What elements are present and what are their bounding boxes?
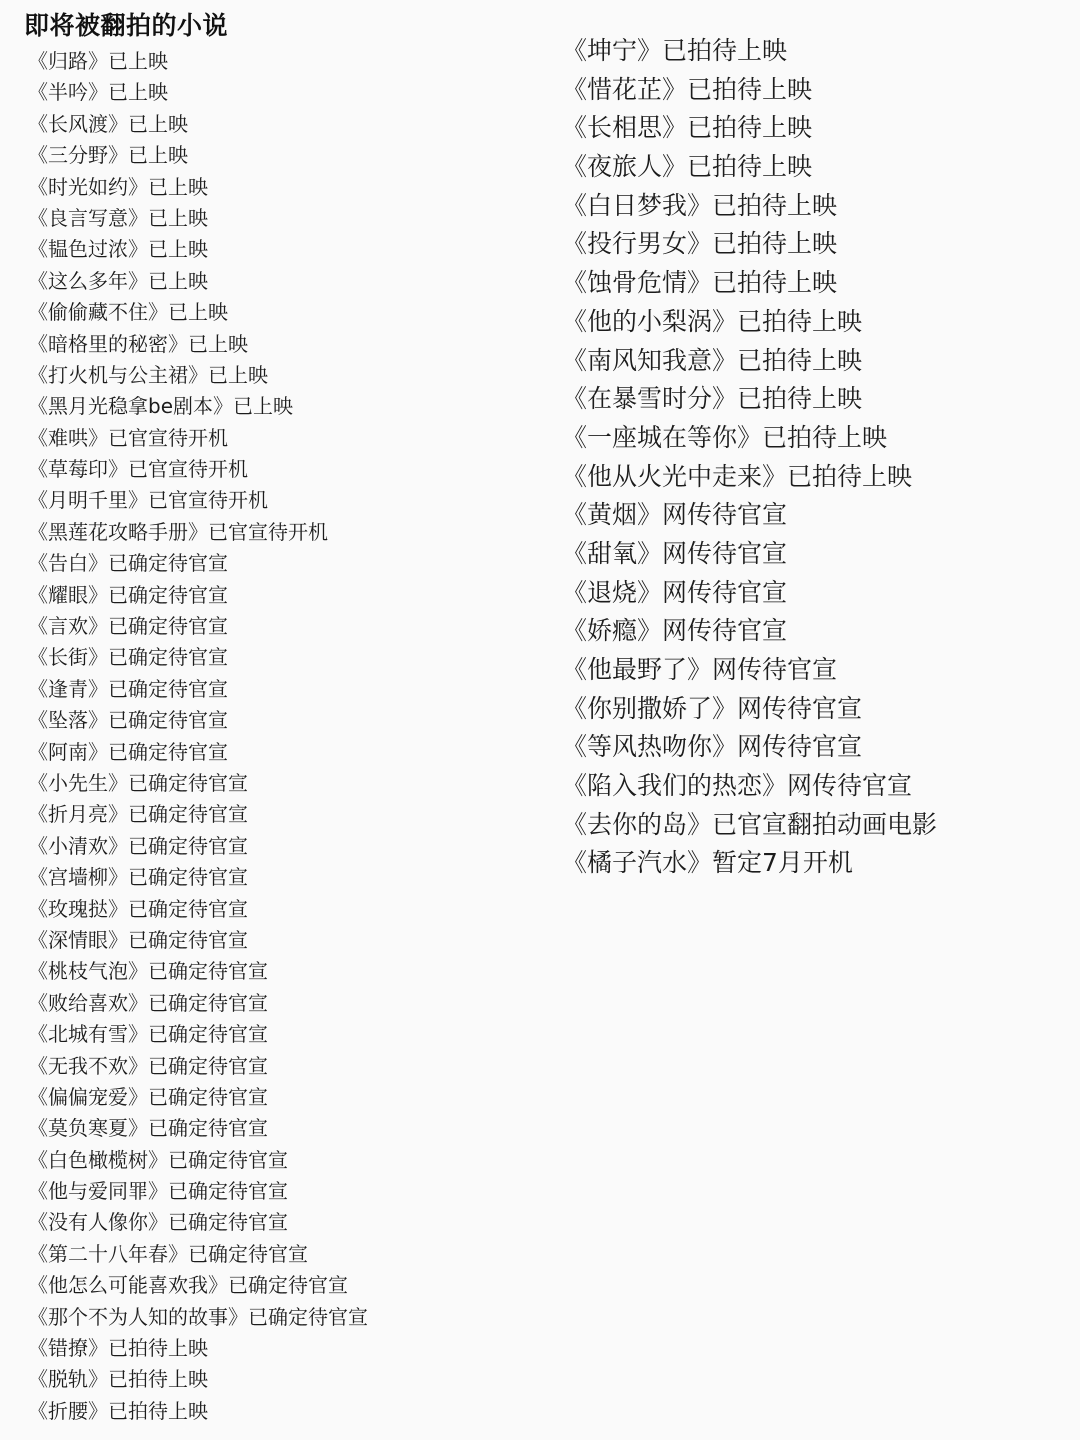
- novel-title: 《韫色过浓》: [28, 237, 148, 261]
- adaptation-status: 已拍待上映: [737, 384, 862, 413]
- adaptation-status: 已拍待上映: [712, 191, 837, 220]
- adaptation-status: 已确定待官宣: [128, 802, 248, 826]
- adaptation-status: 已确定待官宣: [168, 1148, 288, 1172]
- novel-list-item: 《月明千里》已官宣待开机: [28, 485, 528, 516]
- novel-list-item: 《黑莲花攻略手册》已官宣待开机: [28, 517, 528, 548]
- adaptation-status: 已上映: [128, 112, 188, 136]
- adaptation-status: 已拍待上映: [108, 1336, 208, 1360]
- novel-title: 《在暴雪时分》: [562, 384, 737, 413]
- novel-title: 《甜氧》: [562, 539, 662, 568]
- adaptation-status: 已上映: [108, 80, 168, 104]
- adaptation-status: 已确定待官宣: [128, 865, 248, 889]
- novel-title: 《等风热吻你》: [562, 732, 737, 761]
- adaptation-status: 已确定待官宣: [128, 897, 248, 921]
- novel-list-item: 《南风知我意》已拍待上映: [562, 342, 1062, 381]
- adaptation-status: 网传待官宣: [662, 578, 787, 607]
- novel-list-item: 《第二十八年春》已确定待官宣: [28, 1239, 528, 1270]
- novel-list-item: 《娇瘾》网传待官宣: [562, 612, 1062, 651]
- novel-title: 《折月亮》: [28, 802, 128, 826]
- novel-title: 《宫墙柳》: [28, 865, 128, 889]
- adaptation-status: 已确定待官宣: [108, 740, 228, 764]
- novel-title: 《告白》: [28, 551, 108, 575]
- novel-list-item: 《偏偏宠爱》已确定待官宣: [28, 1082, 528, 1113]
- novel-title: 《莫负寒夏》: [28, 1116, 148, 1140]
- novel-title: 《北城有雪》: [28, 1022, 148, 1046]
- novel-list-item: 《你别撒娇了》网传待官宣: [562, 690, 1062, 729]
- novel-title: 《偏偏宠爱》: [28, 1085, 148, 1109]
- page-title: 即将被翻拍的小说: [24, 10, 228, 42]
- novel-title: 《小先生》: [28, 771, 128, 795]
- novel-list-item: 《桃枝气泡》已确定待官宣: [28, 956, 528, 987]
- novel-list-item: 《脱轨》已拍待上映: [28, 1364, 528, 1395]
- novel-title: 《夜旅人》: [562, 152, 687, 181]
- novel-list-item: 《小先生》已确定待官宣: [28, 768, 528, 799]
- novel-title: 《他的小梨涡》: [562, 307, 737, 336]
- adaptation-status: 已上映: [208, 363, 268, 387]
- adaptation-status: 已拍待上映: [737, 307, 862, 336]
- novel-list-item: 《长相思》已拍待上映: [562, 109, 1062, 148]
- novel-list-item: 《宫墙柳》已确定待官宣: [28, 862, 528, 893]
- novel-title: 《坠落》: [28, 708, 108, 732]
- novel-list-item: 《折腰》已拍待上映: [28, 1396, 528, 1427]
- adaptation-status: 网传待官宣: [662, 616, 787, 645]
- novel-title: 《逢青》: [28, 677, 108, 701]
- novel-title: 《蚀骨危情》: [562, 268, 712, 297]
- novel-list-item: 《白色橄榄树》已确定待官宣: [28, 1145, 528, 1176]
- adaptation-status: 已上映: [108, 49, 168, 73]
- adaptation-status: 已确定待官宣: [108, 708, 228, 732]
- adaptation-status: 暂定7月开机: [712, 848, 853, 877]
- adaptation-status: 已上映: [148, 269, 208, 293]
- novel-title: 《长风渡》: [28, 112, 128, 136]
- novel-list-item: 《夜旅人》已拍待上映: [562, 148, 1062, 187]
- novel-list-item: 《他最野了》网传待官宣: [562, 651, 1062, 690]
- novel-title: 《那个不为人知的故事》: [28, 1305, 248, 1329]
- novel-list-item: 《长街》已确定待官宣: [28, 642, 528, 673]
- adaptation-status: 已确定待官宣: [128, 771, 248, 795]
- adaptation-status: 已确定待官宣: [188, 1242, 308, 1266]
- novel-list-item: 《暗格里的秘密》已上映: [28, 329, 528, 360]
- novel-title: 《言欢》: [28, 614, 108, 638]
- novel-list-item: 《打火机与公主裙》已上映: [28, 360, 528, 391]
- adaptation-status: 已确定待官宣: [108, 551, 228, 575]
- novel-title: 《一座城在等你》: [562, 423, 762, 452]
- adaptation-status: 已拍待上映: [712, 229, 837, 258]
- adaptation-status: 已确定待官宣: [148, 991, 268, 1015]
- novel-list-item: 《那个不为人知的故事》已确定待官宣: [28, 1302, 528, 1333]
- adaptation-status: 已确定待官宣: [168, 1179, 288, 1203]
- adaptation-status: 已官宣翻拍动画电影: [712, 810, 937, 839]
- adaptation-status: 网传待官宣: [787, 771, 912, 800]
- novel-list-item: 《惜花芷》已拍待上映: [562, 71, 1062, 110]
- novel-list-item: 《难哄》已官宣待开机: [28, 423, 528, 454]
- adaptation-status: 已确定待官宣: [148, 1116, 268, 1140]
- novel-title: 《深情眼》: [28, 928, 128, 952]
- novel-title: 《黑莲花攻略手册》: [28, 520, 208, 544]
- adaptation-status: 已确定待官宣: [108, 677, 228, 701]
- adaptation-status: 已确定待官宣: [168, 1210, 288, 1234]
- novel-list-item: 《韫色过浓》已上映: [28, 234, 528, 265]
- novel-list-item: 《长风渡》已上映: [28, 109, 528, 140]
- novel-list-item: 《耀眼》已确定待官宣: [28, 580, 528, 611]
- adaptation-status: 已上映: [233, 394, 293, 418]
- adaptation-status: 已拍待上映: [737, 346, 862, 375]
- adaptation-status: 已拍待上映: [108, 1367, 208, 1391]
- adaptation-status: 网传待官宣: [737, 694, 862, 723]
- adaptation-status: 已确定待官宣: [148, 1022, 268, 1046]
- novel-title: 《橘子汽水》: [562, 848, 712, 877]
- novel-list-item: 《坤宁》已拍待上映: [562, 32, 1062, 71]
- novel-list-item: 《北城有雪》已确定待官宣: [28, 1019, 528, 1050]
- left-novel-list: 《归路》已上映《半吟》已上映《长风渡》已上映《三分野》已上映《时光如约》已上映《…: [28, 46, 528, 1427]
- adaptation-status: 网传待官宣: [662, 500, 787, 529]
- novel-list-item: 《白日梦我》已拍待上映: [562, 187, 1062, 226]
- novel-list-item: 《黑月光稳拿be剧本》已上映: [28, 391, 528, 422]
- novel-list-item: 《他怎么可能喜欢我》已确定待官宣: [28, 1270, 528, 1301]
- novel-list-item: 《三分野》已上映: [28, 140, 528, 171]
- novel-list-item: 《在暴雪时分》已拍待上映: [562, 380, 1062, 419]
- adaptation-status: 已确定待官宣: [148, 1054, 268, 1078]
- novel-list-item: 《阿南》已确定待官宣: [28, 737, 528, 768]
- novel-list-item: 《错撩》已拍待上映: [28, 1333, 528, 1364]
- novel-title: 《桃枝气泡》: [28, 959, 148, 983]
- novel-list-item: 《莫负寒夏》已确定待官宣: [28, 1113, 528, 1144]
- novel-list-item: 《逢青》已确定待官宣: [28, 674, 528, 705]
- novel-title: 《退烧》: [562, 578, 662, 607]
- novel-list-item: 《他从火光中走来》已拍待上映: [562, 458, 1062, 497]
- adaptation-status: 已上映: [148, 206, 208, 230]
- novel-title: 《娇瘾》: [562, 616, 662, 645]
- novel-title: 《打火机与公主裙》: [28, 363, 208, 387]
- novel-title: 《他与爱同罪》: [28, 1179, 168, 1203]
- adaptation-status: 已确定待官宣: [228, 1273, 348, 1297]
- novel-title: 《第二十八年春》: [28, 1242, 188, 1266]
- adaptation-status: 已确定待官宣: [108, 614, 228, 638]
- novel-title: 《时光如约》: [28, 175, 148, 199]
- adaptation-status: 已官宣待开机: [208, 520, 328, 544]
- novel-title: 《良言写意》: [28, 206, 148, 230]
- novel-title: 《难哄》: [28, 426, 108, 450]
- novel-list-item: 《没有人像你》已确定待官宣: [28, 1207, 528, 1238]
- adaptation-status: 已上映: [148, 237, 208, 261]
- novel-list-item: 《小清欢》已确定待官宣: [28, 831, 528, 862]
- novel-list-item: 《陷入我们的热恋》网传待官宣: [562, 767, 1062, 806]
- adaptation-status: 已拍待上映: [687, 113, 812, 142]
- novel-list-item: 《黄烟》网传待官宣: [562, 496, 1062, 535]
- novel-list-item: 《言欢》已确定待官宣: [28, 611, 528, 642]
- novel-list-item: 《橘子汽水》暂定7月开机: [562, 844, 1062, 883]
- adaptation-status: 已确定待官宣: [108, 645, 228, 669]
- novel-title: 《脱轨》: [28, 1367, 108, 1391]
- novel-title: 《黄烟》: [562, 500, 662, 529]
- novel-list-item: 《去你的岛》已官宣翻拍动画电影: [562, 806, 1062, 845]
- adaptation-status: 网传待官宣: [712, 655, 837, 684]
- novel-title: 《无我不欢》: [28, 1054, 148, 1078]
- novel-list-item: 《深情眼》已确定待官宣: [28, 925, 528, 956]
- adaptation-status: 已拍待上映: [762, 423, 887, 452]
- novel-title: 《错撩》: [28, 1336, 108, 1360]
- adaptation-status: 已拍待上映: [687, 75, 812, 104]
- novel-list-item: 《投行男女》已拍待上映: [562, 225, 1062, 264]
- novel-list-item: 《告白》已确定待官宣: [28, 548, 528, 579]
- novel-list-item: 《草莓印》已官宣待开机: [28, 454, 528, 485]
- novel-title: 《白色橄榄树》: [28, 1148, 168, 1172]
- novel-list-item: 《折月亮》已确定待官宣: [28, 799, 528, 830]
- novel-list-item: 《等风热吻你》网传待官宣: [562, 728, 1062, 767]
- adaptation-status: 已拍待上映: [662, 36, 787, 65]
- adaptation-status: 已拍待上映: [687, 152, 812, 181]
- novel-title: 《半吟》: [28, 80, 108, 104]
- novel-title: 《黑月光稳拿be剧本》: [28, 394, 233, 418]
- novel-title: 《归路》: [28, 49, 108, 73]
- novel-title: 《他怎么可能喜欢我》: [28, 1273, 228, 1297]
- adaptation-status: 已确定待官宣: [128, 834, 248, 858]
- adaptation-status: 已确定待官宣: [148, 959, 268, 983]
- novel-title: 《惜花芷》: [562, 75, 687, 104]
- novel-title: 《暗格里的秘密》: [28, 332, 188, 356]
- adaptation-status: 已确定待官宣: [248, 1305, 368, 1329]
- novel-title: 《坤宁》: [562, 36, 662, 65]
- novel-title: 《你别撒娇了》: [562, 694, 737, 723]
- novel-title: 《白日梦我》: [562, 191, 712, 220]
- novel-title: 《三分野》: [28, 143, 128, 167]
- adaptation-status: 已确定待官宣: [108, 583, 228, 607]
- adaptation-status: 已上映: [148, 175, 208, 199]
- novel-title: 《他从火光中走来》: [562, 462, 787, 491]
- adaptation-status: 已拍待上映: [712, 268, 837, 297]
- novel-list-item: 《坠落》已确定待官宣: [28, 705, 528, 736]
- novel-list-item: 《退烧》网传待官宣: [562, 574, 1062, 613]
- novel-list-item: 《败给喜欢》已确定待官宣: [28, 988, 528, 1019]
- adaptation-status: 已拍待上映: [787, 462, 912, 491]
- novel-list-item: 《他的小梨涡》已拍待上映: [562, 303, 1062, 342]
- novel-list-item: 《他与爱同罪》已确定待官宣: [28, 1176, 528, 1207]
- adaptation-status: 已上映: [168, 300, 228, 324]
- novel-list-item: 《半吟》已上映: [28, 77, 528, 108]
- novel-list-item: 《归路》已上映: [28, 46, 528, 77]
- novel-title: 《去你的岛》: [562, 810, 712, 839]
- novel-title: 《长相思》: [562, 113, 687, 142]
- novel-title: 《折腰》: [28, 1399, 108, 1423]
- novel-title: 《偷偷藏不住》: [28, 300, 168, 324]
- adaptation-status: 已官宣待开机: [108, 426, 228, 450]
- novel-list-item: 《甜氧》网传待官宣: [562, 535, 1062, 574]
- novel-title: 《投行男女》: [562, 229, 712, 258]
- adaptation-status: 已确定待官宣: [128, 928, 248, 952]
- novel-title: 《长街》: [28, 645, 108, 669]
- adaptation-status: 已上映: [188, 332, 248, 356]
- novel-list-item: 《无我不欢》已确定待官宣: [28, 1051, 528, 1082]
- novel-title: 《阿南》: [28, 740, 108, 764]
- novel-list-item: 《一座城在等你》已拍待上映: [562, 419, 1062, 458]
- novel-list-item: 《玫瑰挞》已确定待官宣: [28, 894, 528, 925]
- adaptation-status: 已拍待上映: [108, 1399, 208, 1423]
- adaptation-status: 已官宣待开机: [148, 488, 268, 512]
- novel-list-item: 《良言写意》已上映: [28, 203, 528, 234]
- novel-list-item: 《偷偷藏不住》已上映: [28, 297, 528, 328]
- novel-title: 《耀眼》: [28, 583, 108, 607]
- novel-list-item: 《蚀骨危情》已拍待上映: [562, 264, 1062, 303]
- novel-list-item: 《时光如约》已上映: [28, 172, 528, 203]
- adaptation-status: 已官宣待开机: [128, 457, 248, 481]
- novel-title: 《他最野了》: [562, 655, 712, 684]
- adaptation-status: 已确定待官宣: [148, 1085, 268, 1109]
- novel-title: 《草莓印》: [28, 457, 128, 481]
- novel-title: 《没有人像你》: [28, 1210, 168, 1234]
- adaptation-status: 已上映: [128, 143, 188, 167]
- novel-title: 《玫瑰挞》: [28, 897, 128, 921]
- adaptation-status: 网传待官宣: [737, 732, 862, 761]
- adaptation-status: 网传待官宣: [662, 539, 787, 568]
- novel-title: 《月明千里》: [28, 488, 148, 512]
- right-novel-list: 《坤宁》已拍待上映《惜花芷》已拍待上映《长相思》已拍待上映《夜旅人》已拍待上映《…: [562, 32, 1062, 883]
- novel-title: 《这么多年》: [28, 269, 148, 293]
- novel-title: 《陷入我们的热恋》: [562, 771, 787, 800]
- novel-title: 《小清欢》: [28, 834, 128, 858]
- novel-list-item: 《这么多年》已上映: [28, 266, 528, 297]
- novel-title: 《败给喜欢》: [28, 991, 148, 1015]
- novel-title: 《南风知我意》: [562, 346, 737, 375]
